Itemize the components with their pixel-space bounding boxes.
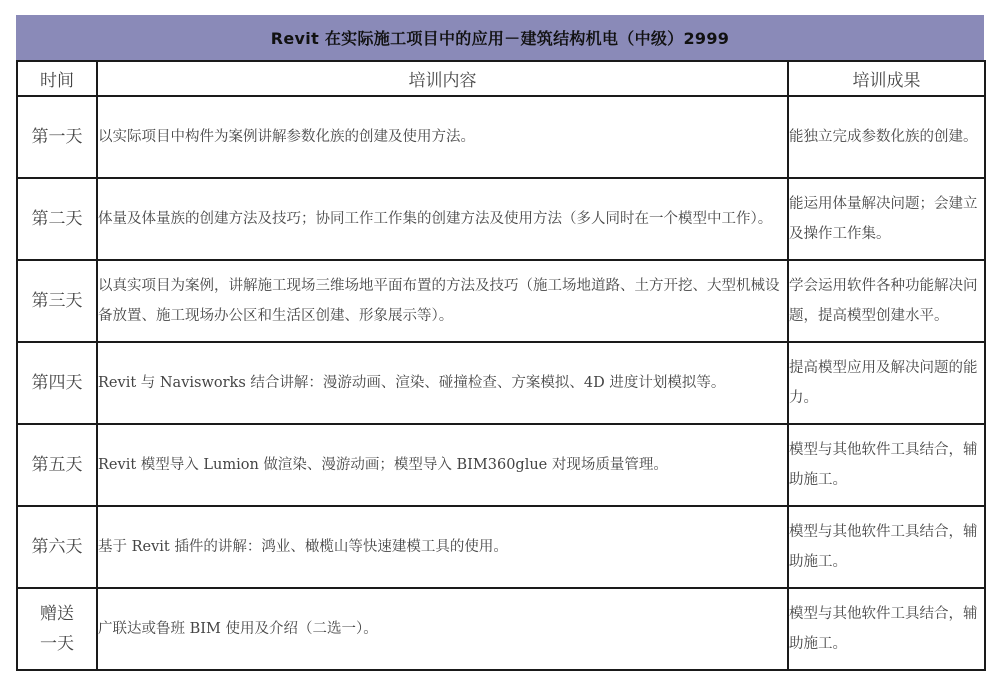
result-cell: 模型与其他软件工具结合，辅助施工。 (788, 588, 985, 670)
content-cell: 体量及体量族的创建方法及技巧；协同工作工作集的创建方法及使用方法（多人同时在一个… (97, 178, 788, 260)
table-row: 第一天 以实际项目中构件为案例讲解参数化族的创建及使用方法。 能独立完成参数化族… (17, 96, 985, 178)
table-row: 第二天 体量及体量族的创建方法及技巧；协同工作工作集的创建方法及使用方法（多人同… (17, 178, 985, 260)
column-header-content: 培训内容 (97, 61, 788, 96)
header-row: 时间 培训内容 培训成果 (17, 61, 985, 96)
table-row: 赠送一天 广联达或鲁班 BIM 使用及介绍（二选一）。 模型与其他软件工具结合，… (17, 588, 985, 670)
table-row: 第三天 以真实项目为案例，讲解施工现场三维场地平面布置的方法及技巧（施工场地道路… (17, 260, 985, 342)
content-cell: 以真实项目为案例，讲解施工现场三维场地平面布置的方法及技巧（施工场地道路、土方开… (97, 260, 788, 342)
result-cell: 学会运用软件各种功能解决问题，提高模型创建水平。 (788, 260, 985, 342)
result-cell: 提高模型应用及解决问题的能力。 (788, 342, 985, 424)
training-schedule-sheet: Revit 在实际施工项目中的应用－建筑结构机电（中级）2999 时间 培训内容… (16, 15, 984, 671)
table-row: 第四天 Revit 与 Navisworks 结合讲解：漫游动画、渲染、碰撞检查… (17, 342, 985, 424)
column-header-time: 时间 (17, 61, 97, 96)
result-cell: 模型与其他软件工具结合，辅助施工。 (788, 506, 985, 588)
day-cell: 第六天 (17, 506, 97, 588)
column-header-result: 培训成果 (788, 61, 985, 96)
content-cell: 广联达或鲁班 BIM 使用及介绍（二选一）。 (97, 588, 788, 670)
result-cell: 模型与其他软件工具结合，辅助施工。 (788, 424, 985, 506)
table-row: 第五天 Revit 模型导入 Lumion 做渲染、漫游动画；模型导入 BIM3… (17, 424, 985, 506)
day-cell: 第五天 (17, 424, 97, 506)
result-cell: 能运用体量解决问题；会建立及操作工作集。 (788, 178, 985, 260)
day-cell: 第二天 (17, 178, 97, 260)
page-title: Revit 在实际施工项目中的应用－建筑结构机电（中级）2999 (16, 15, 984, 60)
day-cell: 第三天 (17, 260, 97, 342)
schedule-table: 时间 培训内容 培训成果 第一天 以实际项目中构件为案例讲解参数化族的创建及使用… (16, 60, 986, 671)
content-cell: Revit 与 Navisworks 结合讲解：漫游动画、渲染、碰撞检查、方案模… (97, 342, 788, 424)
result-cell: 能独立完成参数化族的创建。 (788, 96, 985, 178)
day-cell: 第四天 (17, 342, 97, 424)
content-cell: 以实际项目中构件为案例讲解参数化族的创建及使用方法。 (97, 96, 788, 178)
content-cell: Revit 模型导入 Lumion 做渲染、漫游动画；模型导入 BIM360gl… (97, 424, 788, 506)
day-cell: 第一天 (17, 96, 97, 178)
content-cell: 基于 Revit 插件的讲解：鸿业、橄榄山等快速建模工具的使用。 (97, 506, 788, 588)
day-cell: 赠送一天 (17, 588, 97, 670)
table-row: 第六天 基于 Revit 插件的讲解：鸿业、橄榄山等快速建模工具的使用。 模型与… (17, 506, 985, 588)
